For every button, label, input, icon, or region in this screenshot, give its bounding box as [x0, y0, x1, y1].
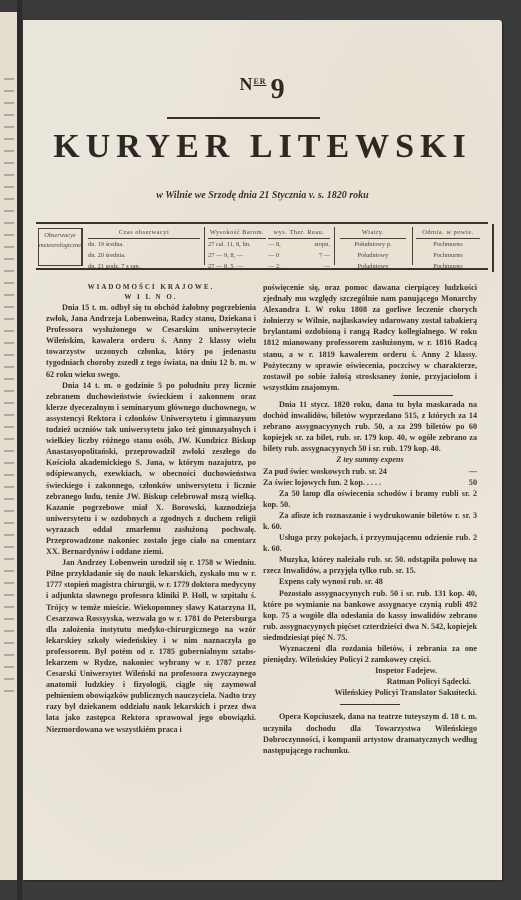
section-heading: WIADOMOŚCI KRAJOWE.	[46, 282, 256, 292]
dateline: w Wilnie we Srzodę dnia 21 Stycznia v. s…	[23, 190, 502, 201]
issue-number: NER9	[23, 74, 502, 106]
expense-line: Za pud świec woskowych rub. sr. 24—	[263, 466, 477, 477]
article-paragraph: Jan Andrzey Lobenwein urodził się r. 175…	[46, 557, 256, 735]
article-paragraph: Dnia 15 t. m. odbył się tu obchód żałobn…	[46, 302, 256, 380]
expense-paragraph: Pozostało assygnacyynych rub. 50 i sr. r…	[263, 588, 477, 643]
previous-page-edge	[0, 12, 18, 880]
issue-number-prefix: NER	[239, 74, 266, 94]
place-heading: W I L N O.	[46, 292, 256, 302]
expense-heading: Z tey summy expens	[263, 454, 477, 465]
previous-page-text-fragments	[4, 72, 14, 692]
weather-col-divider	[334, 227, 335, 265]
weather-table-label: Obserwacye meteorologiczne.	[38, 228, 83, 266]
article-paragraph: Dnia 14 t. m. o godzinie 5 po południu p…	[46, 380, 256, 558]
signature: Wileńskiey Policyi Translator Sakuitecki…	[263, 687, 477, 698]
masquerade-paragraph: Dnia 11 stycz. 1820 roku, dana tu była m…	[263, 399, 477, 454]
expense-paragraph: Za 50 lamp dla oświecenia schodów i bram…	[263, 488, 477, 510]
expense-total: Expens cały wynosi rub. sr. 48	[263, 576, 477, 587]
weather-col-divider	[204, 227, 205, 265]
weather-table-end-bar	[492, 224, 494, 272]
weather-col-divider	[412, 227, 413, 265]
weather-col-thermometer: wys. Ther. Reau. — 8,stopn. — 07 — — 2,—	[268, 227, 330, 272]
section-rule	[340, 704, 400, 705]
book-gutter	[17, 0, 22, 900]
weather-col-barometer: Wysokość Barom. 27 cal. 11, 8, lin. 27 —…	[208, 227, 266, 272]
expense-paragraph: Muzyka, którey należało rub. sr. 50. ods…	[263, 554, 477, 576]
weather-col-time: Czas obserwacyi dn. 19 śrzdna. dn. 20 śr…	[88, 227, 200, 272]
section-rule	[393, 395, 453, 396]
left-column: WIADOMOŚCI KRAJOWE. W I L N O. Dnia 15 t…	[46, 282, 256, 735]
expense-paragraph: Wyznaczeni dla rozdania biletów, i zebra…	[263, 643, 477, 665]
expense-paragraph: Usługa przy pokojach, i przyymującemu od…	[263, 532, 477, 554]
expense-line: Za świec łojowych fun. 2 kop. . . . .50	[263, 477, 477, 488]
expense-paragraph: Za afisze ich roznaszanie i wydrukowanie…	[263, 510, 477, 532]
newspaper-page: NER9 KURYER LITEWSKI w Wilnie we Srzodę …	[23, 20, 502, 880]
masthead-title: KURYER LITEWSKI	[23, 128, 502, 166]
right-column: poświęcenie się, oraz pomoc dawana cierp…	[263, 282, 477, 756]
opera-paragraph: Opera Kopciuszek, dana na teatrze tuteys…	[263, 711, 477, 755]
article-continuation: poświęcenie się, oraz pomoc dawana cierp…	[263, 282, 477, 393]
signature: Ratman Policyi Sądecki.	[263, 676, 477, 687]
signature: Inspetor Fadejew.	[263, 665, 477, 676]
weather-col-sky: Odmia. w powie. Pochmurno Pochmurno Poch…	[416, 227, 480, 272]
title-rule	[167, 117, 320, 119]
weather-col-wind: Wiatry. Południowy p. Południowy Południ…	[340, 227, 406, 272]
weather-observation-table: Obserwacye meteorologiczne. Czas obserwa…	[36, 222, 488, 270]
